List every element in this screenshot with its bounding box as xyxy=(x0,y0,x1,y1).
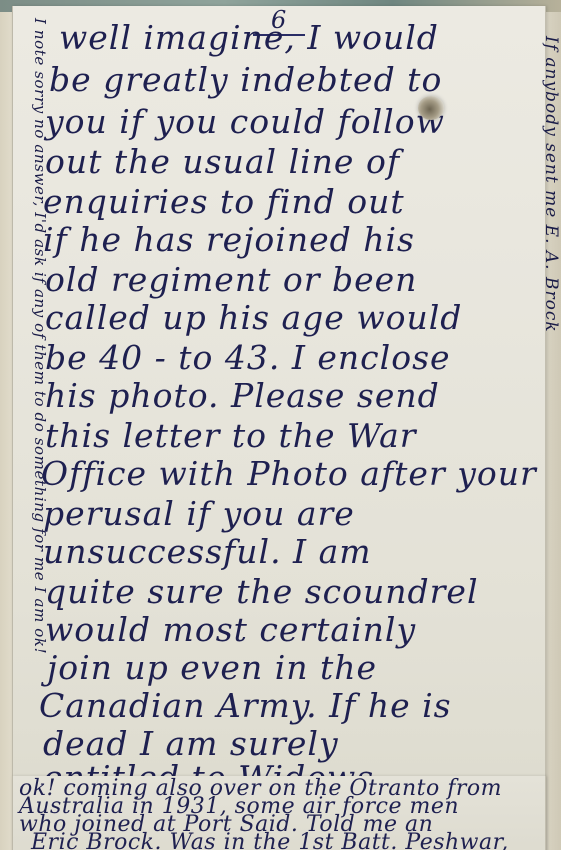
body-line-1: well imagine, I would xyxy=(59,18,439,57)
body-line-8: called up his age would xyxy=(45,298,462,337)
body-line-17: join up even in the xyxy=(47,648,377,687)
body-line-18: Canadian Army. If he is xyxy=(39,686,452,725)
letter-page: 6 well imagine, I would be greatly indeb… xyxy=(12,6,546,850)
punched-hole xyxy=(418,96,444,120)
right-margin-note: If anybody sent me E. A. Brock xyxy=(541,36,561,333)
body-line-9: be 40 - to 43. I enclose xyxy=(45,338,451,377)
body-line-15: quite sure the scoundrel xyxy=(45,572,479,611)
body-line-4: out the usual line of xyxy=(45,142,400,181)
postscript-strip: ok! coming also over on the Otranto from… xyxy=(12,776,546,850)
body-line-10: his photo. Please send xyxy=(45,376,440,415)
body-line-14: unsuccessful. I am xyxy=(43,532,372,571)
body-line-7: old regiment or been xyxy=(45,260,417,299)
body-line-11: this letter to the War xyxy=(45,416,417,455)
body-line-12: Office with Photo after your xyxy=(41,454,537,493)
body-line-16: would most certainly xyxy=(45,610,416,649)
left-margin-note: I note sorry no answer, I'd ask if any o… xyxy=(31,18,49,654)
body-line-3: you if you could follow xyxy=(45,102,445,141)
body-line-13: perusal if you are xyxy=(43,494,355,533)
postscript-line-4: Eric Brock. Was in the 1st Batt. Peshwar… xyxy=(31,830,509,850)
body-line-6: if he has rejoined his xyxy=(43,220,415,259)
body-line-5: enquiries to find out xyxy=(43,182,405,221)
body-line-2: be greatly indebted to xyxy=(49,60,442,99)
